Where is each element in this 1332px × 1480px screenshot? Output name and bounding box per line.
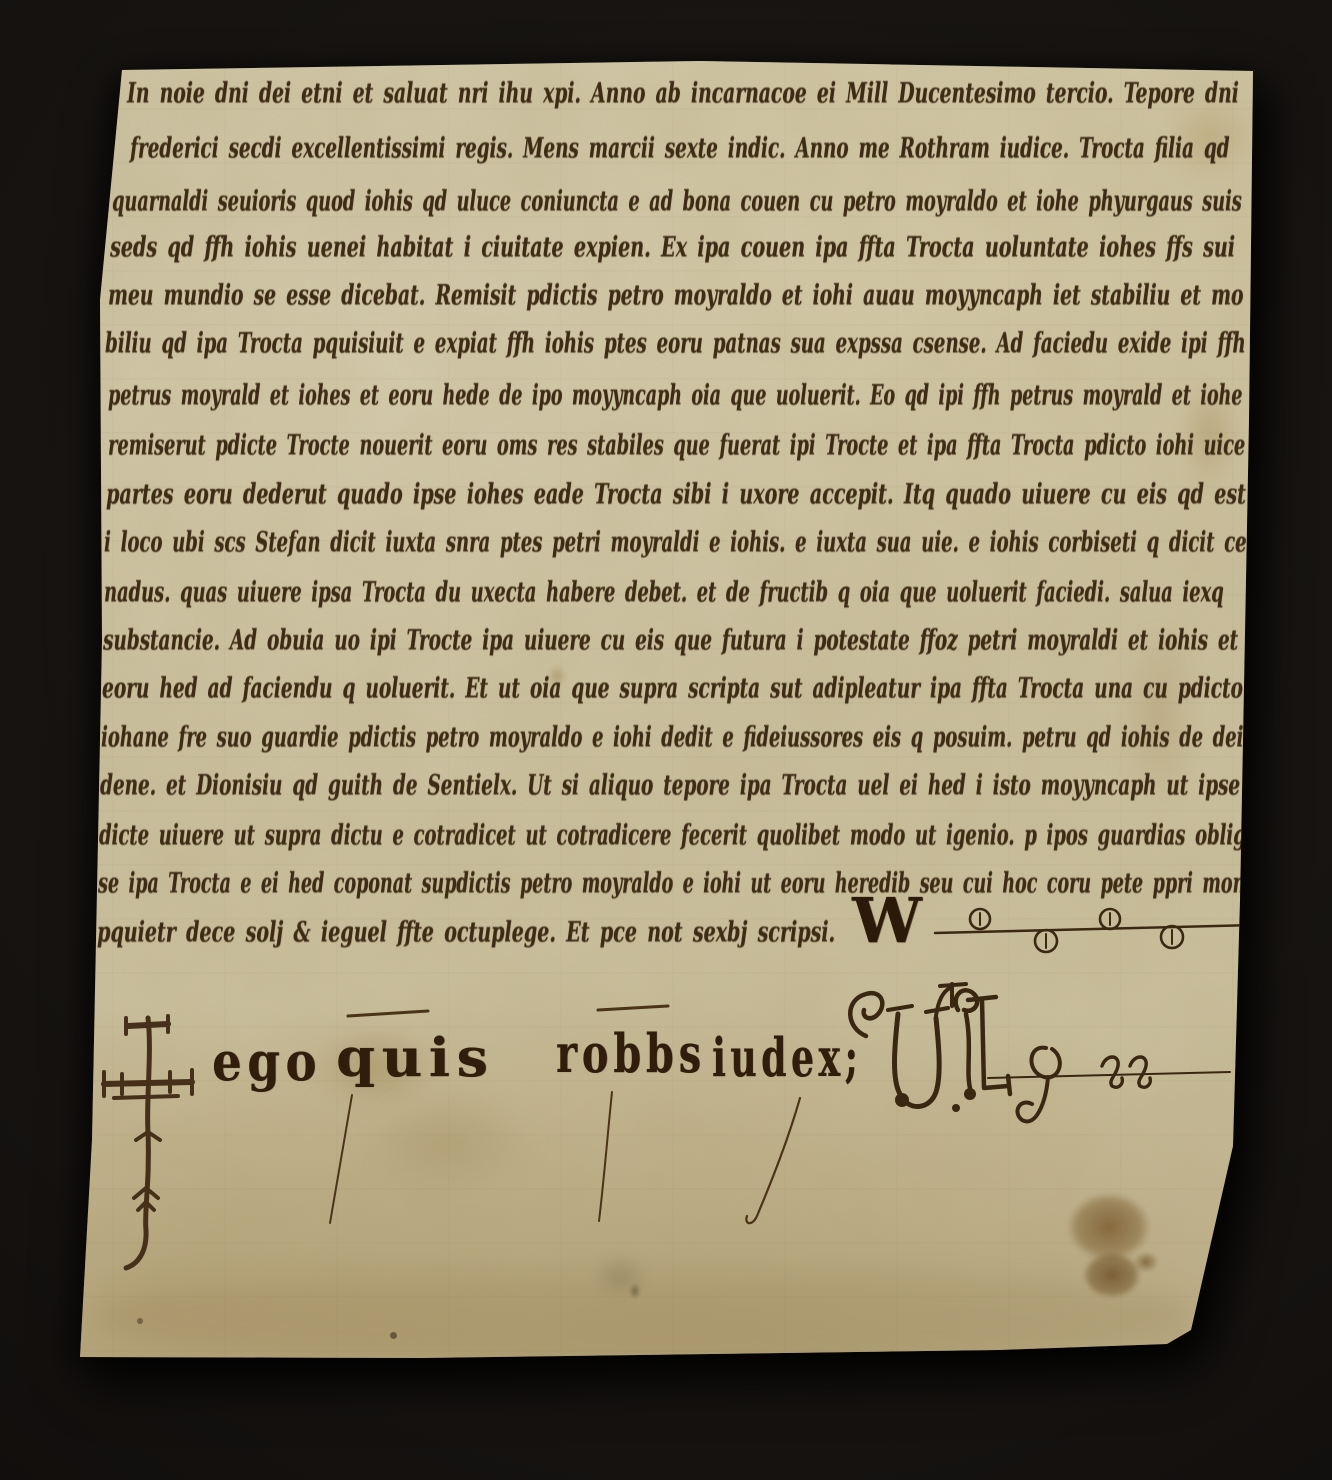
- large-brown-stain: [1072, 1243, 1152, 1307]
- signature-stain: [325, 1070, 570, 1215]
- manuscript-line-8: remiserut pdicte Trocte nouerit eoru oms…: [108, 430, 1245, 462]
- ink-speck: [137, 1318, 143, 1324]
- bottom-tan-band: [90, 1272, 1190, 1360]
- dark-speck: [627, 1280, 643, 1302]
- manuscript-line-16: dicte uiuere ut supra dictu e cotradicet…: [99, 820, 1246, 852]
- manuscript-line-18: pquietr dece solj & ieguel ffte octupleg…: [97, 917, 835, 949]
- notary-w-monogram: W: [852, 884, 922, 957]
- signature-word-quis: quis: [336, 1026, 495, 1089]
- notary-cross-icon: [100, 1012, 195, 1272]
- ink-speck: [390, 1332, 397, 1339]
- manuscript-line-17: se ipa Trocta e ei hed coponat supdictis…: [98, 868, 1245, 900]
- parchment: In noie dni dei etni et saluat nri ihu x…: [0, 0, 1332, 1480]
- photograph-background: In noie dni dei etni et saluat nri ihu x…: [0, 0, 1332, 1480]
- manuscript-line-9: partes eoru dederut quado ipse iohes ead…: [106, 479, 1246, 511]
- gray-smudge: [583, 1244, 657, 1308]
- manuscript-line-5: meu mundio se esse dicebat. Remisit pdic…: [108, 280, 1243, 312]
- manuscript-line-13: eoru hed ad faciendu q uoluerit. Et ut o…: [102, 673, 1243, 705]
- manuscript-line-2: frederici secdi excellentissimi regis. M…: [130, 133, 1229, 165]
- signa-line-and-circles: [925, 893, 1265, 963]
- manuscript-line-4: seds qd ffh iohis uenei habitat i ciuita…: [110, 232, 1235, 264]
- parchment-shadow: In noie dni dei etni et saluat nri ihu x…: [0, 0, 1332, 1480]
- small-brown-stain: [1128, 1247, 1164, 1277]
- manuscript-line-6: biliu qd ipa Trocta pquisiuit e expiat f…: [105, 328, 1246, 360]
- manuscript-line-12: substancie. Ad obuia uo ipi Trocte ipa u…: [103, 625, 1238, 657]
- signature-word-ego: ego: [212, 1030, 322, 1093]
- manuscript-line-1: In noie dni dei etni et saluat nri ihu x…: [127, 78, 1239, 110]
- signature-word-robbs: robbs: [556, 1022, 706, 1085]
- manuscript-line-14: iohane fre suo guardie pdictis petro moy…: [101, 722, 1243, 754]
- manuscript-line-11: nadus. quas uiuere ipsa Trocta du uxecta…: [104, 577, 1224, 609]
- signature-word-iudex: iudex;: [712, 1026, 862, 1089]
- ruler-monogram-flourish: [838, 980, 1262, 1150]
- manuscript-line-10: i loco ubi scs Stefan dicit iuxta snra p…: [104, 527, 1247, 559]
- manuscript-line-15: dene. et Dionisiu qd guith de Sentielx. …: [100, 770, 1240, 802]
- manuscript-line-3: quarnaldi seuioris quod iohis qd uluce c…: [112, 186, 1242, 218]
- manuscript-line-7: petrus moyrald et iohes et eoru hede de …: [108, 380, 1242, 412]
- large-brown-stain: [1052, 1180, 1166, 1274]
